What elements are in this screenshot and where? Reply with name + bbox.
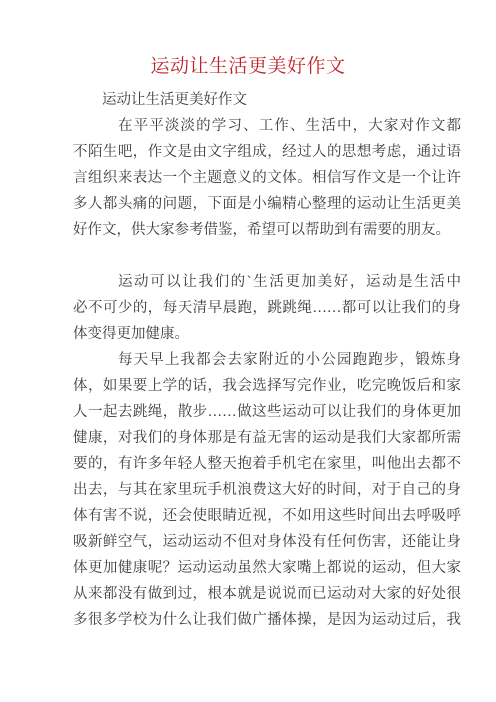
text-line: 要的，有许多年轻人整天抱着手机宅在家里，叫他出去都不 [73, 451, 461, 477]
text-line: 多很多学校为什么让我们做广播体操，是因为运动过后，我 [73, 607, 461, 633]
text-line: 体变得更加健康。 [73, 321, 461, 347]
text-line: 出去，与其在家里玩手机浪费这大好的时间，对于自己的身 [73, 477, 461, 503]
text-line: 好作文，供大家参考借鉴，希望可以帮助到有需要的朋友。 [73, 217, 461, 243]
document-page: 运动让生活更美好作文 运动让生活更美好作文 在平平淡淡的学习、工作、生活中，大家… [0, 0, 496, 702]
text-line: 每天早上我都会去家附近的小公园跑跑步，锻炼身 [73, 347, 461, 373]
document-body: 运动让生活更美好作文 在平平淡淡的学习、工作、生活中，大家对作文都不陌生吧，作文… [73, 87, 461, 633]
text-line: 体，如果要上学的话，我会选择写完作业，吃完晚饭后和家 [73, 373, 461, 399]
document-title: 运动让生活更美好作文 [0, 52, 496, 82]
text-line: 在平平淡淡的学习、工作、生活中，大家对作文都 [73, 113, 461, 139]
text-line: 多人都头痛的问题，下面是小编精心整理的运动让生活更美 [73, 191, 461, 217]
text-line: 从来都没有做到过，根本就是说说而已运动对大家的好处很 [73, 581, 461, 607]
text-line: 人一起去跳绳，散步……做这些运动可以让我们的身体更加 [73, 399, 461, 425]
paragraph: 在平平淡淡的学习、工作、生活中，大家对作文都不陌生吧，作文是由文字组成，经过人的… [73, 113, 461, 243]
text-line: 运动可以让我们的`生活更加美好，运动是生活中 [73, 269, 461, 295]
text-line: 必不可少的，每天清早晨跑，跳跳绳……都可以让我们的身 [73, 295, 461, 321]
paragraph: 运动可以让我们的`生活更加美好，运动是生活中必不可少的，每天清早晨跑，跳跳绳……… [73, 269, 461, 347]
text-line: 吸新鲜空气，运动运动不但对身体没有任何伤害，还能让身 [73, 529, 461, 555]
text-line: 健康，对我们的身体那是有益无害的运动是我们大家都所需 [73, 425, 461, 451]
text-line: 言组织来表达一个主题意义的文体。相信写作文是一个让许 [73, 165, 461, 191]
text-line: 不陌生吧，作文是由文字组成，经过人的思想考虑，通过语 [73, 139, 461, 165]
text-line: 体更加健康呢？运动运动虽然大家嘴上都说的运动，但大家 [73, 555, 461, 581]
document-subtitle: 运动让生活更美好作文 [73, 87, 461, 113]
paragraph: 每天早上我都会去家附近的小公园跑跑步，锻炼身体，如果要上学的话，我会选择写完作业… [73, 347, 461, 633]
paragraphs: 在平平淡淡的学习、工作、生活中，大家对作文都不陌生吧，作文是由文字组成，经过人的… [73, 113, 461, 633]
text-line: 体有害不说，还会使眼睛近视，不如用这些时间出去呼吸呼 [73, 503, 461, 529]
